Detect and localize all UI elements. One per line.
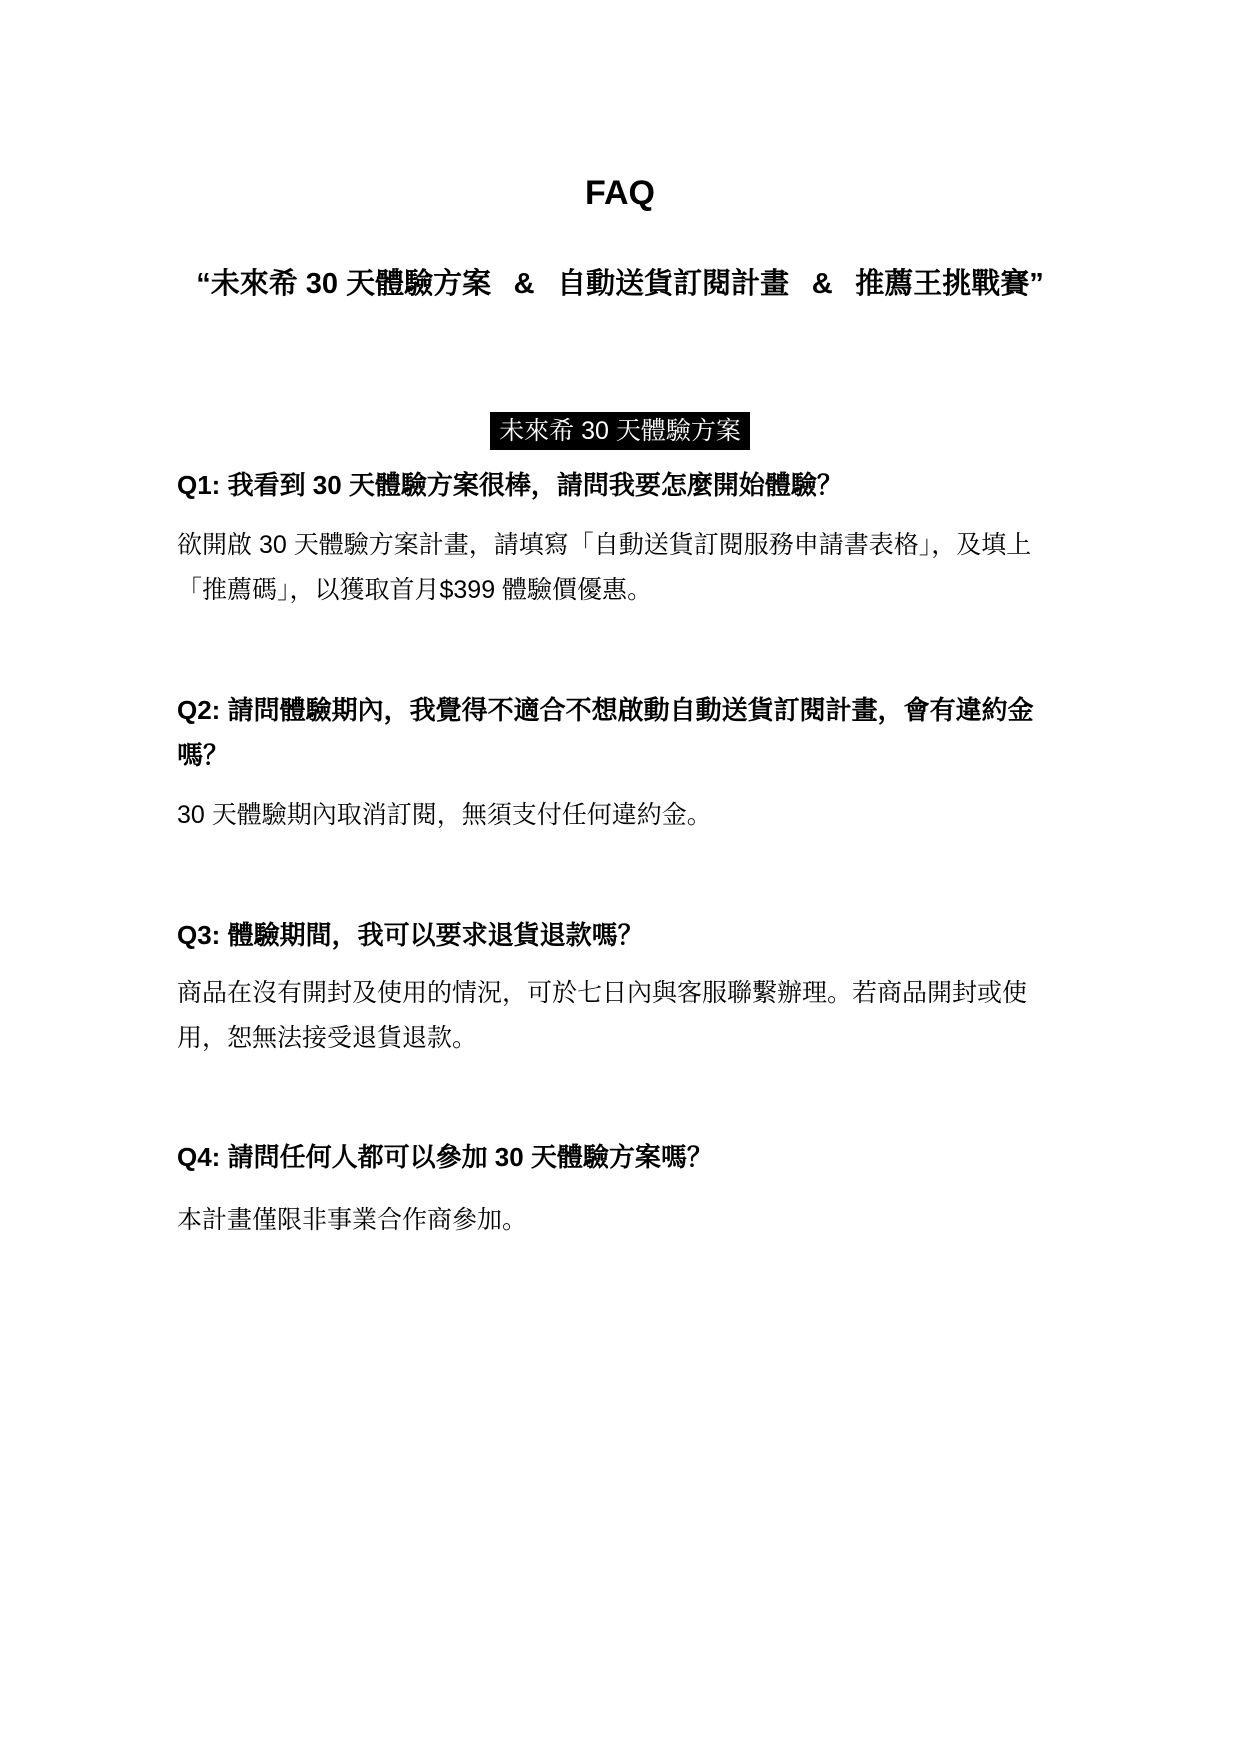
faq-question-3: Q3: 體驗期間，我可以要求退貨退款嗎？ <box>177 913 1057 958</box>
faq-question-1: Q1: 我看到 30 天體驗方案很棒，請問我要怎麼開始體驗？ <box>177 463 1057 508</box>
faq-answer-1: 欲開啟 30 天體驗方案計畫，請填寫「自動送貨訂閱服務申請書表格」，及填上「推薦… <box>177 523 1057 613</box>
faq-question-2: Q2: 請問體驗期內，我覺得不適合不想啟動自動送貨訂閱計畫，會有違約金嗎？ <box>177 688 1057 778</box>
section-header-highlight: 未來希 30 天體驗方案 <box>490 412 750 450</box>
section-header-row: 未來希 30 天體驗方案 <box>177 412 1063 450</box>
document-title: FAQ <box>177 172 1063 214</box>
document-page: FAQ “未來希 30 天體驗方案 & 自動送貨訂閱計畫 & 推薦王挑戰賽” 未… <box>0 0 1240 1755</box>
faq-answer-4: 本計畫僅限非事業合作商參加。 <box>177 1198 1057 1243</box>
faq-answer-2: 30 天體驗期內取消訂閱，無須支付任何違約金。 <box>177 793 1057 838</box>
faq-question-4: Q4: 請問任何人都可以參加 30 天體驗方案嗎？ <box>177 1135 1057 1180</box>
document-subtitle: “未來希 30 天體驗方案 & 自動送貨訂閱計畫 & 推薦王挑戰賽” <box>100 262 1140 307</box>
faq-answer-3: 商品在沒有開封及使用的情況，可於七日內與客服聯繫辦理。若商品開封或使用，恕無法接… <box>177 971 1057 1061</box>
